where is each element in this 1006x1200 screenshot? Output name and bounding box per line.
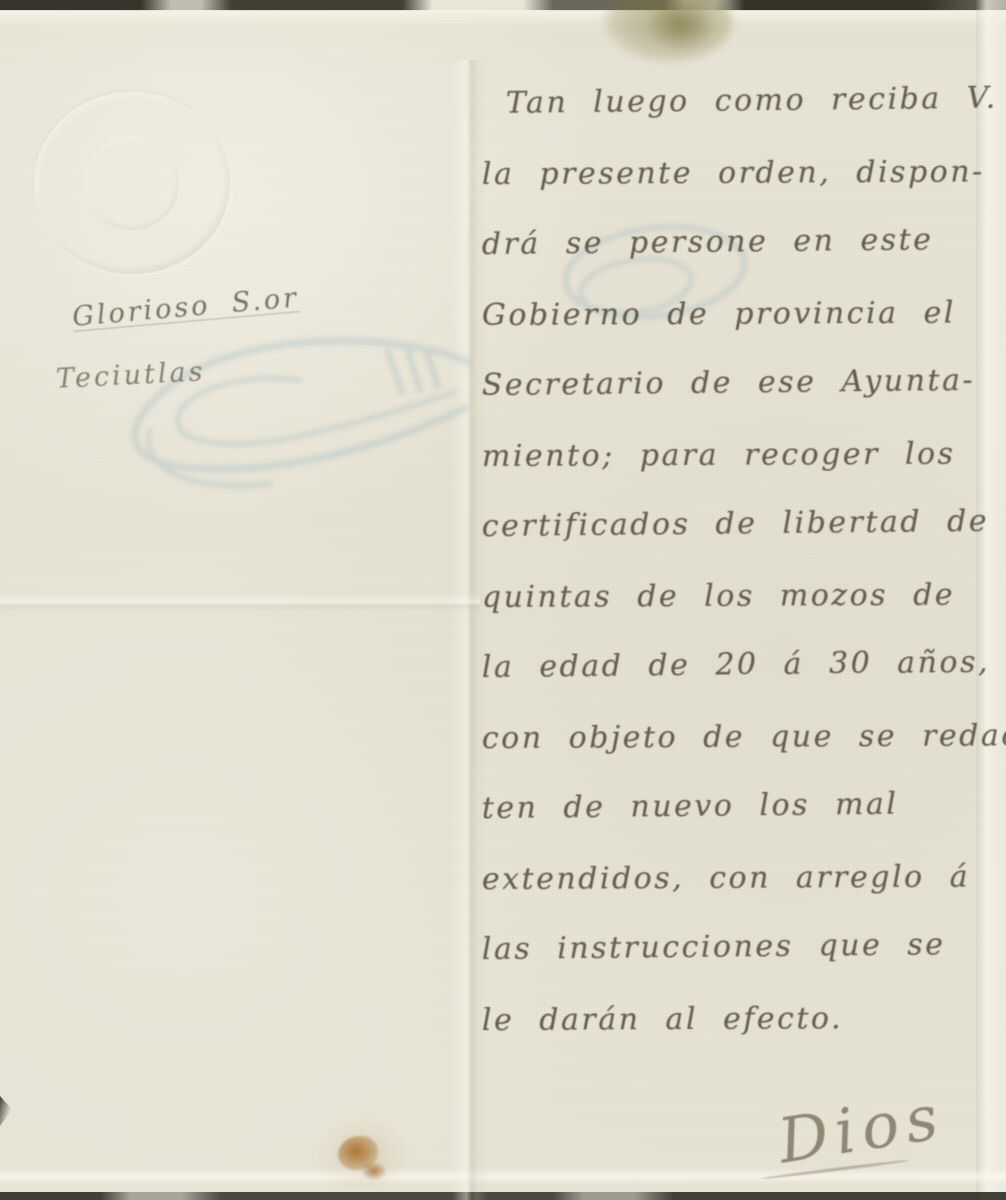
fold-crease-middle-left [0,594,480,612]
handwritten-line: ten de nuevo los mal [482,785,1006,861]
handwritten-line: extendidos, con arreglo á [482,859,1006,932]
handwritten-line: la edad de 20 á 30 años, [482,644,1006,720]
scanned-letter-page: Glorioso S.or Teciutlas Tan luego como r… [0,0,1006,1200]
page-edge-highlight-top [0,10,1006,27]
handwritten-line: le darán al efecto. [482,1000,1006,1073]
scan-edge-bottom [0,1192,1006,1200]
edge-nick-bottom-left [0,1096,12,1126]
embossed-seal [34,92,230,274]
scan-edge-top [0,0,1006,11]
stain-top-olive-core [648,2,714,50]
closing-word: Dios [773,1079,949,1177]
handwritten-line: quintas de los mozos de [482,577,1006,650]
handwritten-line: Tan luego como reciba V. [482,80,1006,156]
handwritten-line: la presente orden, dispon- [482,154,1006,227]
embossed-seal-inner-ring [85,136,179,231]
stain-bottom-rust [338,1136,378,1170]
fold-crease-bottom [0,1168,1006,1184]
stain-top-olive [604,0,732,62]
handwritten-line: con objeto de que se redac- [482,718,1006,791]
handwritten-line: Secretario de ese Ayunta- [482,362,1006,438]
letter-body: Tan luego como reciba V. la presente ord… [482,86,1006,1073]
handwritten-line: Gobierno de provincia el [482,295,1006,368]
handwritten-line: las instrucciones que se [482,926,1006,1002]
stain-bottom-halo [318,1120,408,1190]
handwritten-line: drá se persone en este [482,221,1006,297]
handwritten-line: certificados de libertad de [482,503,1006,579]
stain-bottom-rust-small [362,1162,386,1180]
handwritten-line: miento; para recoger los [482,436,1006,509]
margin-note-line1: Glorioso S.or [71,282,300,333]
margin-note-line2: Teciutlas [55,356,206,395]
